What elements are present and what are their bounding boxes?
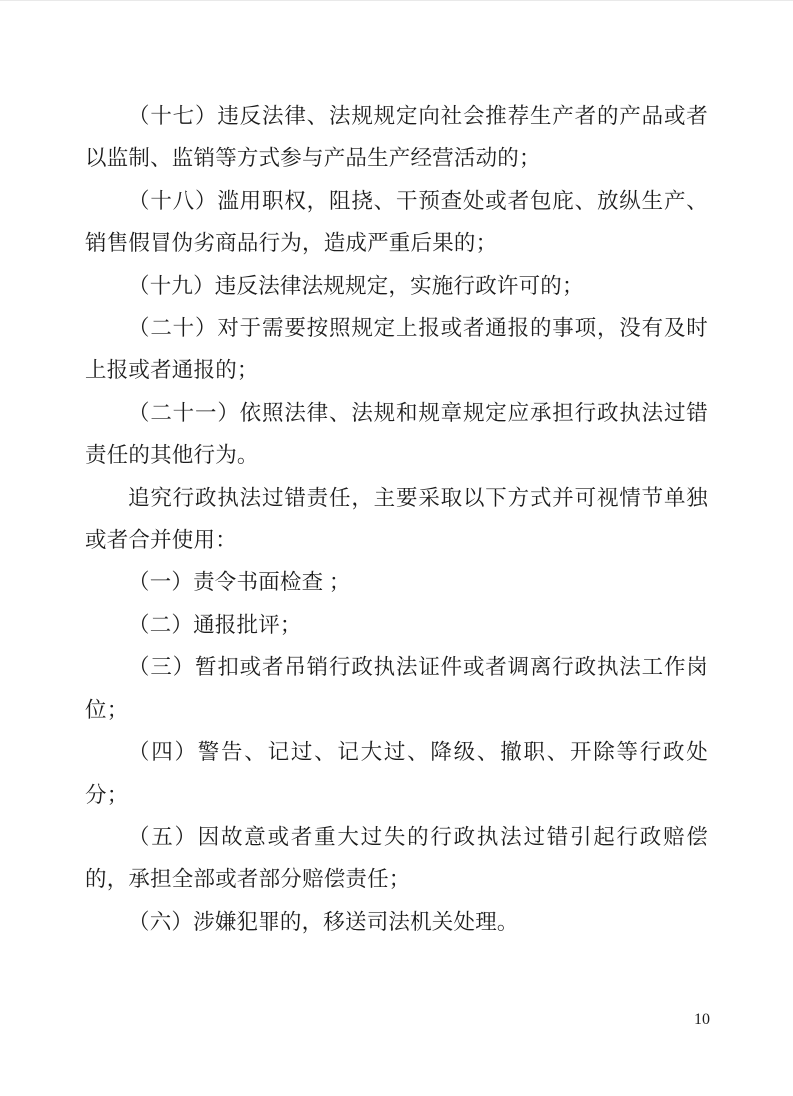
paragraph-item-18: （十八）滥用职权，阻挠、干预查处或者包庇、放纵生产、销售假冒伪劣商品行为，造成严… bbox=[85, 180, 708, 265]
paragraph-measure-1: （一）责令书面检查 ； bbox=[85, 561, 708, 603]
paragraph-measure-5: （五）因故意或者重大过失的行政执法过错引起行政赔偿的，承担全部或者部分赔偿责任； bbox=[85, 816, 708, 901]
paragraph-item-17: （十七）违反法律、法规规定向社会推荐生产者的产品或者以监制、监销等方式参与产品生… bbox=[85, 95, 708, 180]
document-page: （十七）违反法律、法规规定向社会推荐生产者的产品或者以监制、监销等方式参与产品生… bbox=[0, 0, 793, 1096]
paragraph-measure-3: （三）暂扣或者吊销行政执法证件或者调离行政执法工作岗位； bbox=[85, 646, 708, 731]
paragraph-item-21: （二十一）依照法律、法规和规章规定应承担行政执法过错责任的其他行为。 bbox=[85, 392, 708, 477]
page-number: 10 bbox=[694, 1010, 710, 1030]
paragraph-intro-measures: 追究行政执法过错责任，主要采取以下方式并可视情节单独或者合并使用： bbox=[85, 477, 708, 562]
paragraph-measure-4: （四）警告、记过、记大过、降级、撤职、开除等行政处分； bbox=[85, 731, 708, 816]
paragraph-measure-2: （二）通报批评； bbox=[85, 604, 708, 646]
paragraph-item-20: （二十）对于需要按照规定上报或者通报的事项，没有及时上报或者通报的； bbox=[85, 307, 708, 392]
paragraph-measure-6: （六）涉嫌犯罪的，移送司法机关处理。 bbox=[85, 901, 708, 943]
document-body-text: （十七）违反法律、法规规定向社会推荐生产者的产品或者以监制、监销等方式参与产品生… bbox=[85, 95, 708, 943]
paragraph-item-19: （十九）违反法律法规规定，实施行政许可的； bbox=[85, 265, 708, 307]
